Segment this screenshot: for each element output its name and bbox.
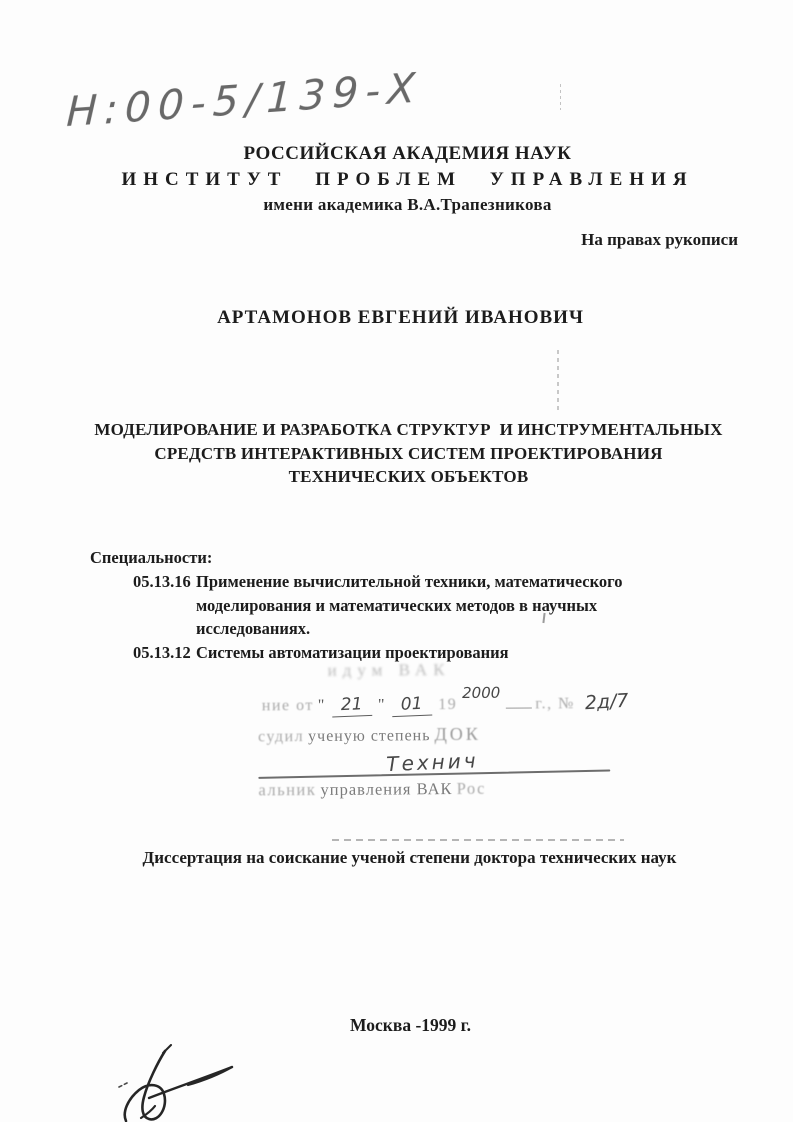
signature xyxy=(92,1044,244,1122)
blank-underline xyxy=(505,693,531,708)
specialty-code: 05.13.12 xyxy=(133,641,196,665)
dissertation-title-page: Н:00-5/139-Х РОССИЙСКАЯ АКАДЕМИЯ НАУК ИН… xyxy=(0,0,793,1122)
stamp-official-text: управления ВАК xyxy=(320,779,452,799)
institute-affiliation: имени академика В.А.Трапезникова xyxy=(22,195,793,215)
handwritten-month: 01 xyxy=(391,693,432,717)
vak-stamp: идум ВАК ние от " 21 " 01 19 2000 г., № … xyxy=(258,659,655,801)
specialty-description-line: исследованиях. xyxy=(196,617,622,641)
institute-name: ИНСТИТУТ ПРОБЛЕМ УПРАВЛЕНИЯ xyxy=(22,169,793,191)
specialty-description-line: Применение вычислительной техники, матем… xyxy=(196,570,622,594)
specialty-description: Применение вычислительной техники, матем… xyxy=(196,570,622,641)
stamp-header-fragment: идум ВАК xyxy=(328,659,654,681)
scan-artifact-vertical xyxy=(557,350,559,412)
specialty-item: 05.13.16 Применение вычислительной техни… xyxy=(90,570,622,641)
stamp-official-faded-end: Рос xyxy=(457,779,486,798)
title-line-3: ТЕХНИЧЕСКИХ ОБЪЕКТОВ xyxy=(24,465,793,489)
scan-artifact-dashes xyxy=(332,839,624,841)
stamp-degree-value: ДОК xyxy=(434,724,480,744)
header-block: РОССИЙСКАЯ АКАДЕМИЯ НАУК ИНСТИТУТ ПРОБЛЕ… xyxy=(0,143,793,215)
specialty-code: 05.13.16 xyxy=(133,570,196,594)
stamp-official-line: альник управления ВАК Рос xyxy=(258,778,654,801)
quote-mark: " xyxy=(318,697,325,714)
handwritten-year: 2000 xyxy=(462,684,500,702)
specialty-description-line: моделирования и математических методов в… xyxy=(196,594,622,618)
author-name: АРТАМОНОВ ЕВГЕНИЙ ИВАНОВИЧ xyxy=(0,307,793,329)
specialties-block: Специальности: 05.13.16 Применение вычис… xyxy=(90,548,622,664)
dissertation-note: Диссертация на соискание ученой степени … xyxy=(0,848,793,868)
printed-year-prefix: 19 xyxy=(438,696,457,713)
specialties-label: Специальности: xyxy=(90,548,622,568)
handwritten-protocol-number: 2д/7 xyxy=(584,690,629,715)
city-year: Москва -1999 г. xyxy=(0,1015,793,1036)
handwritten-catalog-number: Н:00-5/139-Х xyxy=(66,63,423,136)
academy-name: РОССИЙСКАЯ АКАДЕМИЯ НАУК xyxy=(22,143,793,165)
stamp-degree-faded: судил xyxy=(258,728,304,745)
title-line-2: СРЕДСТВ ИНТЕРАКТИВНЫХ СИСТЕМ ПРОЕКТИРОВА… xyxy=(24,442,793,466)
handwritten-day: 21 xyxy=(331,694,372,718)
stamp-official-faded-start: альник xyxy=(258,780,316,799)
stamp-degree-text: ученую степень xyxy=(308,727,431,745)
stamp-date-line: ние от " 21 " 01 19 2000 г., № 2д/7 xyxy=(262,691,654,718)
quote-mark: " xyxy=(378,696,385,713)
dissertation-title: МОДЕЛИРОВАНИЕ И РАЗРАБОТКА СТРУКТУР И ИН… xyxy=(0,418,793,489)
manuscript-rights-note: На правах рукописи xyxy=(581,230,738,250)
stamp-date-suffix: г., № xyxy=(535,695,575,712)
title-line-1: МОДЕЛИРОВАНИЕ И РАЗРАБОТКА СТРУКТУР И ИН… xyxy=(24,418,793,442)
stamp-date-prefix: ние от xyxy=(262,697,314,714)
scan-artifact-vertical xyxy=(560,84,561,110)
